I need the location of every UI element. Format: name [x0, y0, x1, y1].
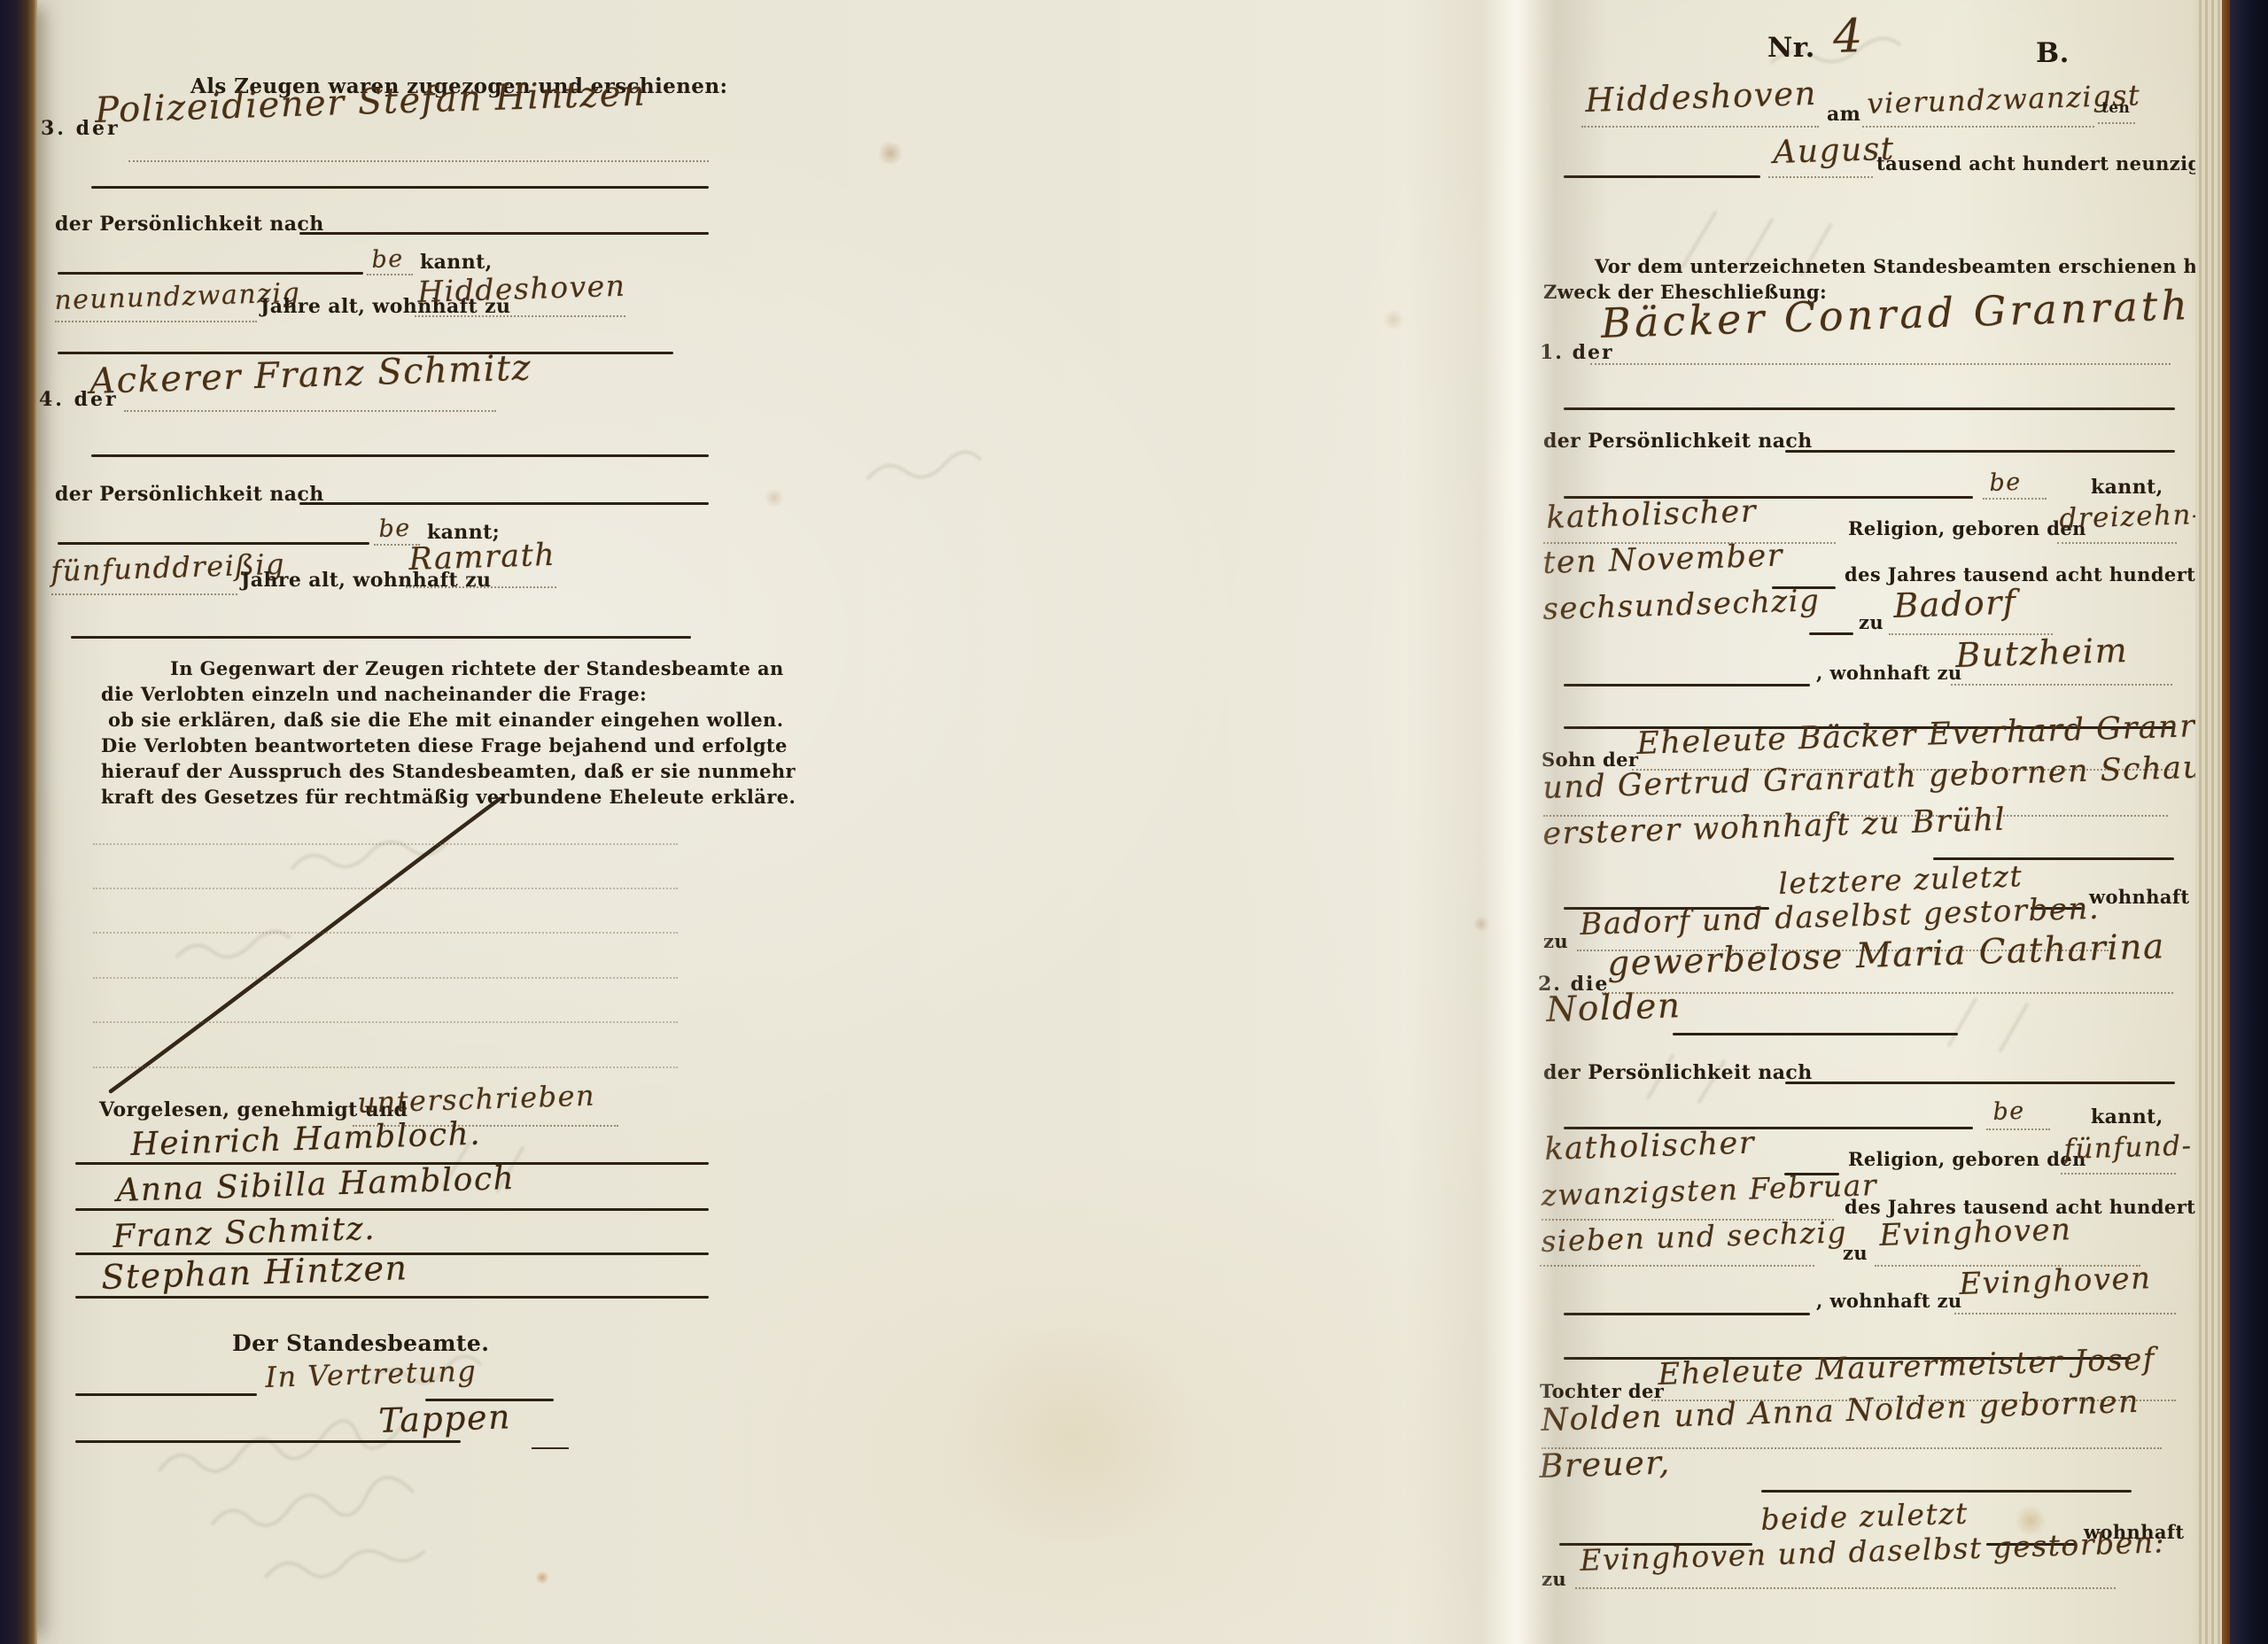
- blank-ruled-line: [71, 636, 691, 639]
- cancelled-ruled-line: [93, 1021, 678, 1023]
- bride-wohnhaft-label: , wohnhaft zu: [1816, 1290, 1962, 1312]
- book-left-edge: [0, 0, 37, 1644]
- cancelled-ruled-line: [93, 977, 678, 979]
- bride-beide-handwritten: beide zuletzt: [1760, 1496, 1969, 1537]
- ruled-baseline: [1954, 1313, 2176, 1314]
- bride-residence-handwritten: Evinghoven: [1959, 1260, 2152, 1302]
- bride-birth-day1-handwritten: fünfund-: [2063, 1129, 2193, 1166]
- date-day-handwritten: vierundzwanzigst: [1867, 78, 2141, 120]
- blank-ruled-line: [1564, 407, 2175, 410]
- signature-witness4: Stephan Hintzen: [101, 1248, 409, 1297]
- registrar-signature-tappen: Tappen: [378, 1397, 512, 1440]
- bride-parents-line3-handwritten: Breuer,: [1539, 1443, 1672, 1485]
- blank-ruled-line: [299, 232, 709, 235]
- declaration-line: Die Verlobten beantworteten diese Frage …: [101, 734, 788, 756]
- cancelled-ruled-line: [93, 1066, 678, 1068]
- cancelled-ruled-line: [93, 932, 678, 934]
- bride-name-line2-handwritten: Nolden: [1546, 986, 1682, 1030]
- ruled-baseline: [367, 274, 413, 275]
- ruled-baseline: [2057, 542, 2177, 544]
- ruled-baseline: [1581, 126, 1819, 128]
- groom-parents-line3-handwritten: ersterer wohnhaft zu Brühl: [1542, 803, 2007, 852]
- groom-zu-label: zu: [1859, 611, 1884, 633]
- groom-residence-handwritten: Butzheim: [1955, 631, 2129, 675]
- page-letter: B.: [2036, 37, 2070, 69]
- groom-birth-day1-handwritten: dreizehn-: [2059, 499, 2203, 535]
- bride-religion-label: Religion, geboren den: [1848, 1148, 2086, 1170]
- ruled-line: [1673, 1033, 1958, 1035]
- book-right-edge: [2230, 0, 2268, 1644]
- nr-value-handwritten: 4: [1832, 10, 1864, 64]
- witness3-kannt-label: kannt,: [420, 251, 493, 274]
- unterschrieben-handwritten: unterschrieben: [357, 1079, 596, 1120]
- ruled-baseline: [2098, 122, 2135, 124]
- date-place-handwritten: Hiddeshoven: [1585, 74, 1818, 120]
- signature-witness2: Anna Sibilla Hambloch: [116, 1160, 516, 1209]
- ruled-baseline: [128, 160, 709, 162]
- ruled-baseline: [1590, 363, 2171, 365]
- bride-religion-handwritten: katholischer: [1544, 1126, 1756, 1167]
- ruled-baseline: [406, 586, 556, 588]
- foxing-spot: [877, 142, 904, 165]
- witness4-residence-handwritten: Ramrath: [408, 538, 556, 578]
- ruled-baseline: [1983, 498, 2047, 500]
- ruled-baseline: [1986, 1128, 2050, 1130]
- groom-religion-handwritten: katholischer: [1546, 494, 1758, 536]
- ruled-baseline: [1602, 992, 2173, 994]
- declaration-line: ob sie erklären, daß sie die Ehe mit ein…: [108, 709, 783, 731]
- declaration-line: hierauf der Ausspruch des Standesbeamten…: [101, 760, 796, 782]
- groom-persoenlichkeit-label: der Persönlichkeit nach: [1543, 430, 1813, 453]
- bride-kannt-label: kannt,: [2091, 1105, 2163, 1128]
- bride-birth-year-handwritten: sieben und sechzig: [1541, 1214, 1848, 1259]
- groom-birth-day2-handwritten: ten November: [1542, 538, 1784, 581]
- blank-ruled-line: [91, 186, 709, 189]
- declaration-line: die Verlobten einzeln und nacheinander d…: [101, 683, 647, 705]
- witness3-be-handwritten: be: [371, 245, 404, 274]
- signature-ruled-line: [75, 1296, 709, 1299]
- groom-birth-place-handwritten: Badorf: [1893, 583, 2017, 625]
- bride-tochter-label: Tochter der: [1540, 1380, 1664, 1402]
- signature-witness3: Franz Schmitz.: [113, 1211, 377, 1255]
- groom-birth-year-handwritten: sechsundsechzig: [1542, 583, 1821, 627]
- groom-wohnhaft2-label: wohnhaft: [2089, 886, 2189, 908]
- intro-line1: Vor dem unterzeichneten Standesbeamten e…: [1595, 255, 2268, 277]
- witness3-name-handwritten: Polizeidiener Stefan Hintzen: [95, 73, 647, 131]
- ruled-baseline: [2061, 1173, 2176, 1175]
- ruled-line: [1564, 1313, 1810, 1315]
- witness3-residence-handwritten: Hiddeshoven: [417, 268, 626, 309]
- bride-zu2-label: zu: [1542, 1568, 1566, 1590]
- blank-ruled-line: [299, 502, 709, 505]
- ruled-line: [1761, 1490, 2132, 1493]
- ruled-baseline: [1575, 1587, 2116, 1589]
- groom-year-label: des Jahres tausend acht hundert: [1845, 563, 2195, 585]
- ten-label: ten: [2101, 99, 2130, 117]
- in-vertretung-handwritten: In Vertretung: [265, 1354, 478, 1394]
- ruled-line: [1809, 632, 1853, 635]
- ruled-baseline: [1951, 684, 2172, 686]
- register-book-spread: Als Zeugen waren zugezogen und erschiene…: [0, 0, 2268, 1644]
- witness4-persoenlichkeit-label: der Persönlichkeit nach: [55, 483, 324, 506]
- page-edge-stack: [2195, 0, 2222, 1644]
- groom-kannt-label: kannt,: [2091, 476, 2163, 499]
- witness4-be-handwritten: be: [378, 515, 411, 543]
- standesbeamte-title: Der Standesbeamte.: [232, 1330, 489, 1356]
- ruled-baseline: [51, 593, 237, 595]
- am-label: am: [1827, 103, 1860, 126]
- ruled-line: [1564, 684, 1810, 686]
- nr-label: Nr.: [1767, 32, 1815, 64]
- bride-birth-day2-handwritten: zwanzigsten Februar: [1541, 1167, 1878, 1213]
- ruled-line: [75, 1440, 461, 1443]
- blank-ruled-line: [1785, 1082, 2175, 1084]
- bride-birth-place-handwritten: Evinghoven: [1879, 1212, 2072, 1253]
- ruled-line: [1564, 175, 1760, 178]
- foxing-spot: [1382, 310, 1405, 330]
- foxing-spot: [535, 1571, 549, 1584]
- ruled-baseline: [55, 321, 257, 322]
- book-cover-edge-line: [2222, 0, 2230, 1644]
- blank-ruled-line: [58, 542, 369, 545]
- ruled-baseline: [1768, 176, 1873, 178]
- ruled-line: [532, 1447, 569, 1449]
- blank-ruled-line: [1785, 450, 2175, 453]
- signature-witness1: Heinrich Hambloch.: [130, 1116, 482, 1163]
- ruled-line: [75, 1393, 257, 1396]
- bride-persoenlichkeit-label: der Persönlichkeit nach: [1543, 1061, 1813, 1084]
- foxing-spot: [1472, 916, 1490, 932]
- ruled-baseline: [1540, 1265, 1814, 1267]
- cancelled-ruled-line: [93, 843, 678, 845]
- witness3-persoenlichkeit-label: der Persönlichkeit nach: [55, 213, 324, 236]
- witness4-name-handwritten: Ackerer Franz Schmitz: [89, 347, 532, 402]
- groom-religion-label: Religion, geboren den: [1848, 517, 2086, 539]
- foxing-spot: [764, 489, 785, 507]
- bride-be-handwritten: be: [1992, 1097, 2025, 1126]
- ruled-baseline: [1862, 126, 2094, 128]
- declaration-line: In Gegenwart der Zeugen richtete der Sta…: [170, 657, 784, 679]
- groom-wohnhaft-label: , wohnhaft zu: [1816, 662, 1962, 684]
- groom-be-handwritten: be: [1989, 469, 2022, 497]
- bride-parents-line1-handwritten: Eheleute Maurermeister Josef: [1658, 1341, 2156, 1392]
- signature-ruled-line: [75, 1208, 709, 1211]
- ruled-baseline: [415, 315, 625, 317]
- groom-zu2-label: zu: [1543, 930, 1568, 952]
- blank-ruled-line: [91, 454, 709, 457]
- blank-ruled-line: [58, 272, 363, 275]
- cancelled-ruled-line: [93, 888, 678, 889]
- paper-stain: [930, 1329, 1214, 1541]
- ruled-baseline: [124, 410, 496, 412]
- declaration-line: kraft des Gesetzes für rechtmäßig verbun…: [101, 786, 796, 808]
- bride-zu-label: zu: [1843, 1242, 1868, 1264]
